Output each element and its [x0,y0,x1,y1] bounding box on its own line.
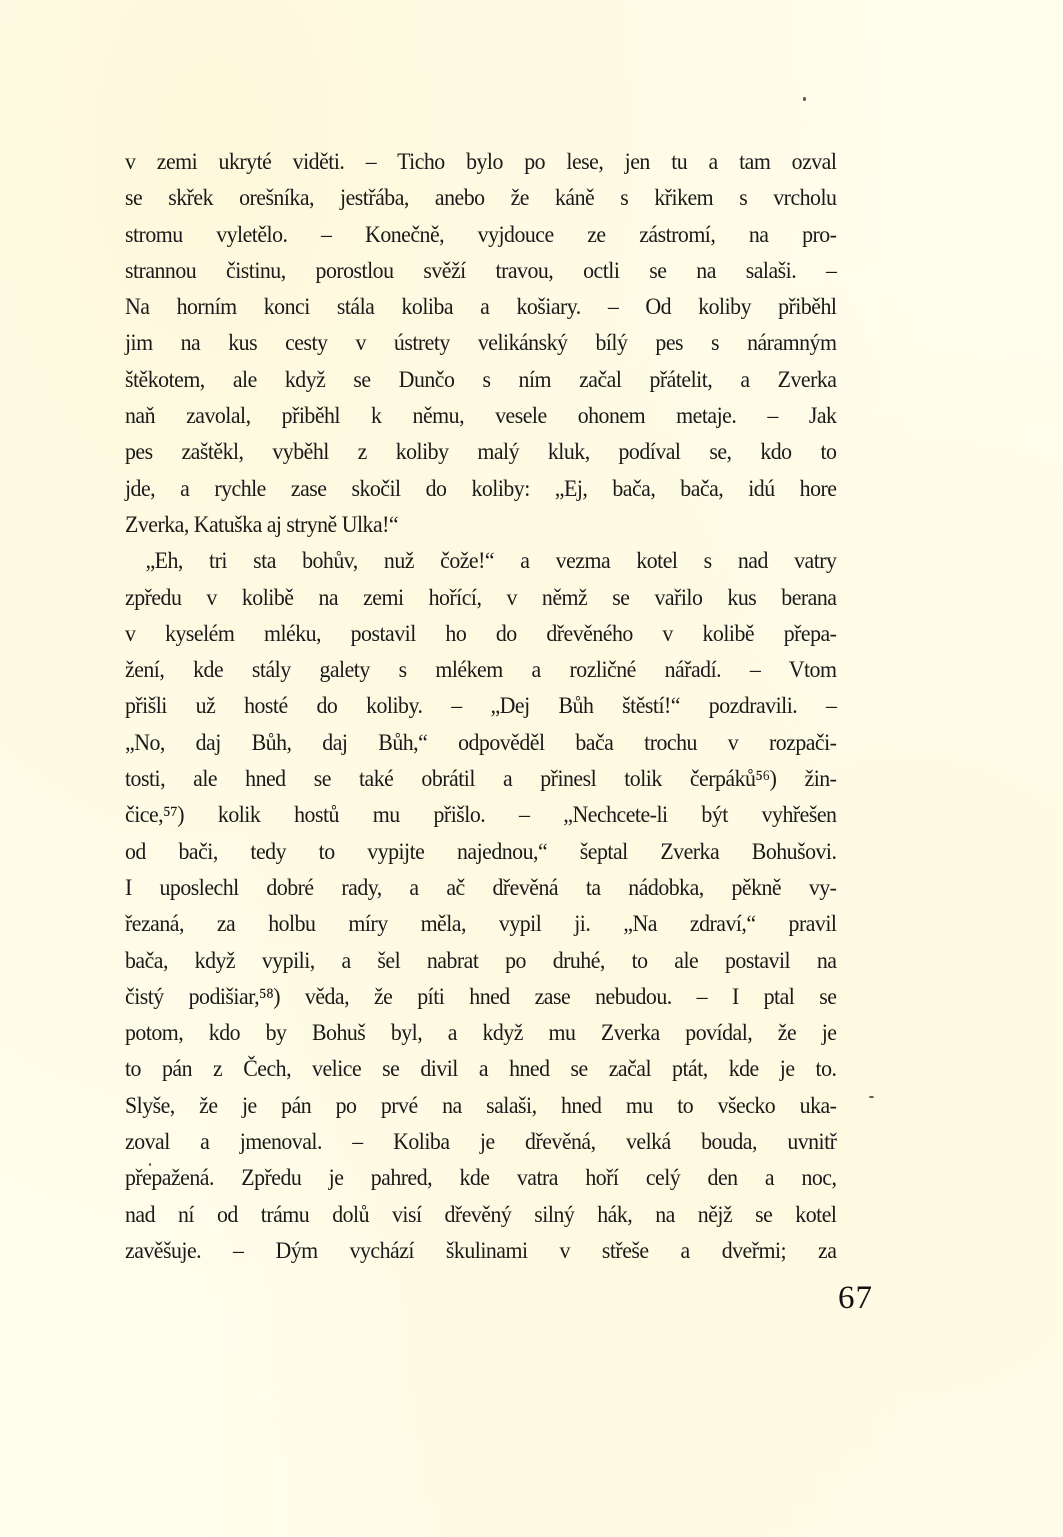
text-line: potom, kdo by Bohuš byl, a když mu Zverk… [125,1015,836,1051]
text-line [125,1269,836,1305]
text-line: pes zaštěkl, vyběhl z koliby malý kluk, … [125,434,836,470]
text-line: přišli už hosté do koliby. – „Dej Bůh št… [125,688,836,724]
scan-speck [149,1163,151,1166]
text-line: žení, kde stály galety s mlékem a rozlič… [125,652,836,688]
text-line: přepažená. Zpředu je pahred, kde vatra h… [125,1160,836,1196]
page-number: 67 [838,1280,873,1317]
text-line: „No, daj Bůh, daj Bůh,“ odpověděl bača t… [125,725,836,761]
text-line: zavěšuje. – Dým vychází škulinami v stře… [125,1233,836,1269]
text-line: stromu vyletělo. – Konečně, vyjdouce ze … [125,217,836,253]
text-line: zpředu v kolibě na zemi hořící, v němž s… [125,580,836,616]
text-line: v zemi ukryté viděti. – Ticho bylo po le… [125,144,836,180]
text-line: I uposlechl dobré rady, a ač dřevěná ta … [125,870,836,906]
text-line: v kyselém mléku, postavil ho do dřevěnéh… [125,616,836,652]
paragraph-1: v zemi ukryté viděti. – Ticho bylo po le… [125,144,837,543]
text-line: strannou čistinu, porostlou svěží travou… [125,253,836,289]
text-line: Na horním konci stála koliba a košiary. … [125,289,836,325]
text-line: naň zavolal, přiběhl k němu, vesele ohon… [125,398,836,434]
paragraph-2: „Eh, tri sta bohův, nuž čože!“ a vezma k… [125,543,837,1342]
text-line: Zverka, Katuška aj stryně Ulka!“ [125,507,836,543]
text-line: čice,⁵⁷) kolik hostů mu přišlo. – „Nechc… [125,797,836,833]
book-page: v zemi ukryté viděti. – Ticho bylo po le… [0,0,1063,1537]
text-line: „Eh, tri sta bohův, nuž čože!“ a vezma k… [125,543,836,579]
text-line: jim na kus cesty v ústrety velikánský bí… [125,325,836,361]
text-line: zoval a jmenoval. – Koliba je dřevěná, v… [125,1124,836,1160]
text-line: se skřek orešníka, jestřába, anebo že ká… [125,180,836,216]
body-text: v zemi ukryté viděti. – Ticho bylo po le… [125,144,837,1342]
scan-speck [803,97,806,101]
text-line [125,1306,836,1342]
text-line: bača, když vypili, a šel nabrat po druhé… [125,943,836,979]
text-line: nad ní od trámu dolů visí dřevěný silný … [125,1197,836,1233]
text-line: to pán z Čech, velice se divil a hned se… [125,1051,836,1087]
text-line: tosti, ale hned se také obrátil a přines… [125,761,836,797]
text-line: čistý podišiar,⁵⁸) věda, že píti hned za… [125,979,836,1015]
text-line: jde, a rychle zase skočil do koliby: „Ej… [125,471,836,507]
text-line: štěkotem, ale když se Dunčo s ním začal … [125,362,836,398]
text-line: Slyše, že je pán po prvé na salaši, hned… [125,1088,836,1124]
text-line: řezaná, za holbu míry měla, vypil ji. „N… [125,906,836,942]
text-line: od bači, tedy to vypijte najednou,“ šept… [125,834,836,870]
scan-speck [869,1096,874,1098]
